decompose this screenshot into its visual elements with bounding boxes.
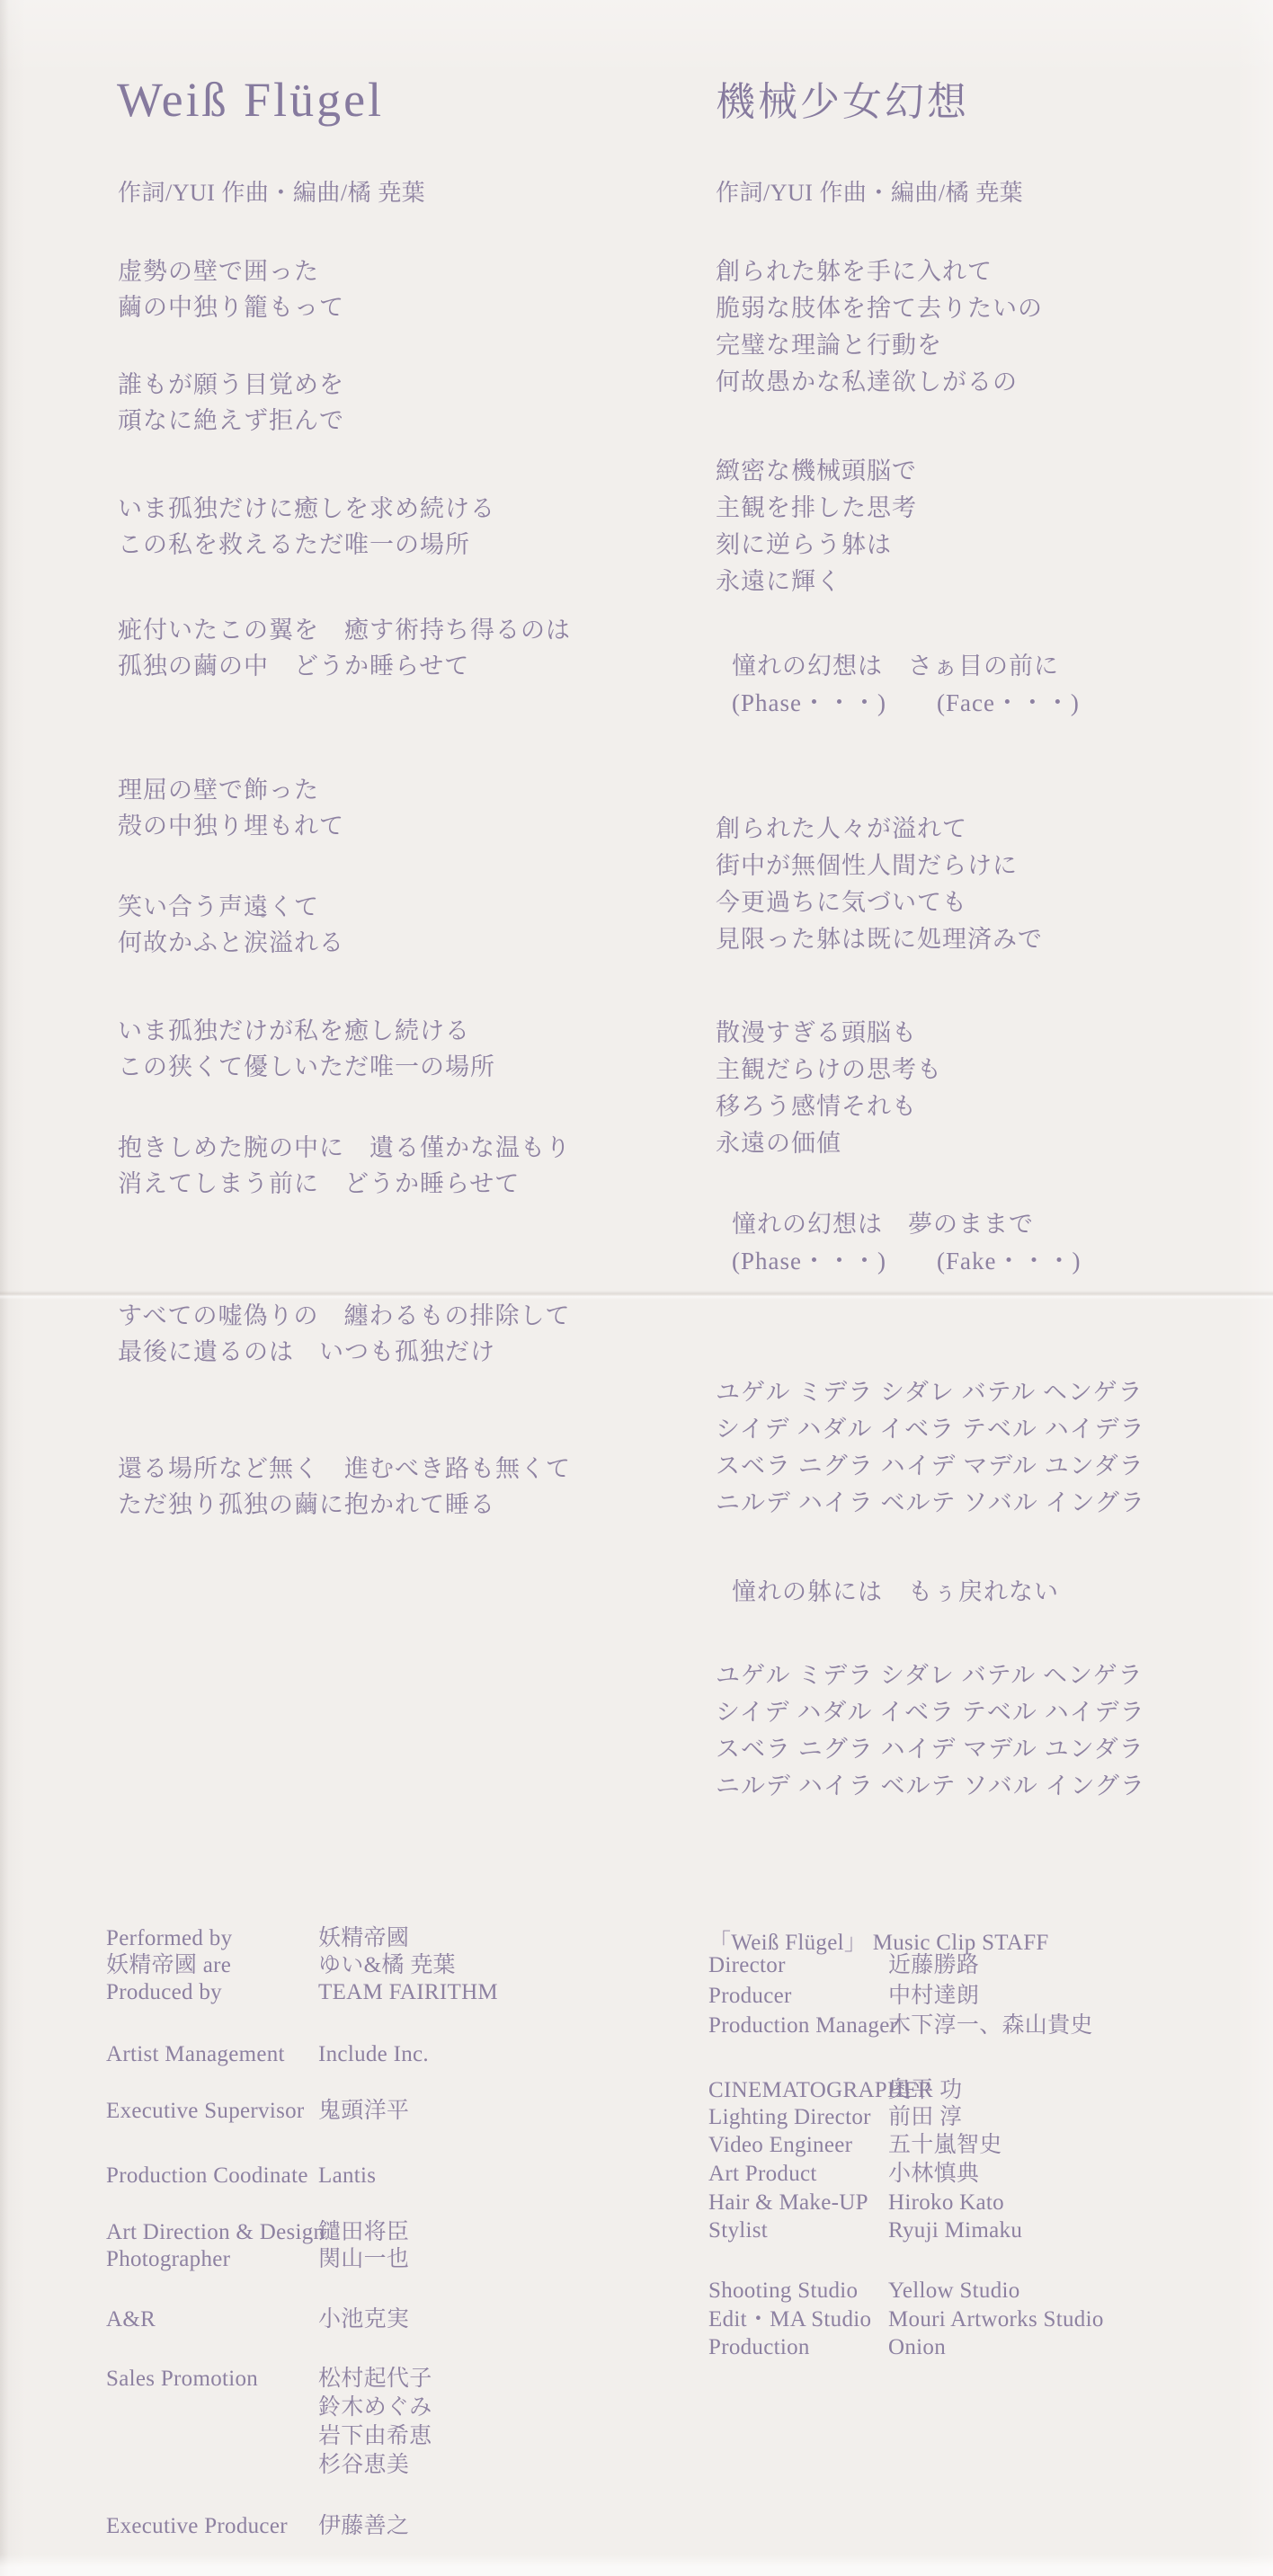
lyrics-stanza: すべての嘘偽りの 纏わるもの排除して最後に遺るのは いつも孤独だけ: [118, 1298, 570, 1370]
lyric-line: 緻密な機械頭脳で: [716, 453, 917, 490]
credit-role-label: Photographer: [106, 2245, 230, 2274]
credit-name-value: 五十嵐智史: [888, 2131, 1002, 2160]
lyric-line: (Phase・・・) (Fake・・・): [732, 1243, 1081, 1280]
credit-name-value: 鬼頭洋平: [318, 2097, 409, 2126]
lyrics-stanza: 虚勢の壁で囲った繭の中独り籠もって: [118, 253, 344, 325]
credit-name-value: Lantis: [318, 2162, 376, 2190]
lyric-line: 理屈の壁で飾った: [118, 772, 344, 808]
lyrics-stanza: ユゲル ミデラ シダレ バテル ヘンゲラシイデ ハダル イベラ テベル ハイデラ…: [716, 1657, 1145, 1805]
credit-name-value: Hiroko Kato: [888, 2189, 1004, 2217]
lyric-line: シイデ ハダル イベラ テベル ハイデラ: [716, 1694, 1145, 1731]
songwriter-credit-right: 作詞/YUI 作曲・編曲/橘 尭葉: [716, 174, 1023, 208]
credit-role-label: Executive Supervisor: [106, 2097, 305, 2126]
lyric-line: 主観だらけの思考も: [716, 1052, 942, 1088]
lyric-line: 移ろう感情それも: [716, 1088, 942, 1125]
lyric-line: 今更過ちに気づいても: [716, 884, 1043, 921]
credit-role-label: Director: [708, 1951, 786, 1980]
scan-edge-shadow: [0, 0, 9, 2576]
lyrics-stanza: ユゲル ミデラ シダレ バテル ヘンゲラシイデ ハダル イベラ テベル ハイデラ…: [716, 1374, 1145, 1522]
lyric-line: 抱きしめた腕の中に 遺る僅かな温もり: [118, 1130, 571, 1166]
lyric-line: 笑い合う声遠くて: [118, 889, 344, 925]
lyric-line: 何故かふと涙溢れる: [118, 925, 344, 961]
credit-name-value: 鑓田将臣: [318, 2218, 409, 2247]
lyric-line: シイデ ハダル イベラ テベル ハイデラ: [716, 1411, 1145, 1448]
lyrics-stanza: 散漫すぎる頭脳も主観だらけの思考も移ろう感情それも永遠の価値: [716, 1015, 942, 1162]
credit-name-value: 近藤勝路: [888, 1951, 979, 1980]
lyrics-stanza: 憧れの幻想は さぁ目の前に(Phase・・・) (Face・・・): [732, 648, 1080, 722]
lyrics-booklet-page: Weiß Flügel 機械少女幻想 作詞/YUI 作曲・編曲/橘 尭葉 作詞/…: [0, 0, 1273, 2576]
scan-bottom-edge: [0, 2554, 1273, 2576]
lyric-line: 創られた人々が溢れて: [716, 811, 1043, 848]
lyric-line: いま孤独だけに癒しを求め続ける: [118, 491, 495, 527]
lyric-line: 創られた躰を手に入れて: [716, 253, 1043, 290]
credit-name-value: TEAM FAIRITHM: [318, 1978, 498, 2007]
lyric-line: 何故愚かな私達欲しがるの: [716, 364, 1043, 401]
lyrics-stanza: 笑い合う声遠くて何故かふと涙溢れる: [118, 889, 344, 961]
credit-name-value: 木下淳一、森山貴史: [888, 2012, 1093, 2040]
lyrics-stanza: 誰もが願う目覚めを頑なに絶えず拒んで: [118, 367, 344, 439]
lyric-line: いま孤独だけが私を癒し続ける: [118, 1013, 495, 1049]
credit-name-value: 前田 淳: [888, 2103, 962, 2132]
credit-role-label: Edit・MA Studio: [708, 2305, 871, 2334]
lyrics-stanza: 還る場所など無く 進むべき路も無くてただ独り孤独の繭に抱かれて睡る: [118, 1451, 571, 1523]
credit-name-value: 中村達朗: [888, 1982, 979, 2011]
lyric-line: スベラ ニグラ ハイデ マデル ユンダラ: [716, 1731, 1145, 1768]
credit-name-value: Ryuji Mimaku: [888, 2216, 1022, 2245]
credit-name-value: Include Inc.: [318, 2040, 429, 2069]
credit-role-label: Lighting Director: [708, 2103, 871, 2132]
credit-role-label: Executive Producer: [106, 2512, 288, 2541]
lyrics-stanza: 疵付いたこの翼を 癒す術持ち得るのは孤独の繭の中 どうか睡らせて: [118, 612, 571, 684]
credit-role-label: Video Engineer: [708, 2131, 852, 2160]
credit-role-label: A&R: [106, 2305, 156, 2334]
credit-name-value: 小池克実: [318, 2305, 409, 2334]
credit-name-value: 小林慎典: [888, 2160, 979, 2189]
lyrics-stanza: 抱きしめた腕の中に 遺る僅かな温もり消えてしまう前に どうか睡らせて: [118, 1130, 571, 1202]
credit-name-value: 関山一也: [318, 2245, 409, 2274]
lyrics-stanza: 創られた躰を手に入れて脆弱な肢体を捨て去りたいの完璧な理論と行動を何故愚かな私達…: [716, 253, 1043, 401]
lyrics-stanza: 憧れの躰には もぅ戻れない: [732, 1574, 1059, 1611]
lyric-line: ニルデ ハイラ ベルテ ソバル イングラ: [716, 1485, 1145, 1522]
lyric-line: 誰もが願う目覚めを: [118, 367, 344, 403]
lyric-line: ただ独り孤独の繭に抱かれて睡る: [118, 1487, 571, 1523]
credit-name-value: Mouri Artworks Studio: [888, 2305, 1104, 2334]
credit-role-label: Sales Promotion: [106, 2365, 258, 2394]
lyric-line: 憧れの幻想は 夢のままで: [732, 1206, 1081, 1243]
lyric-line: 見限った躰は既に処理済みで: [716, 921, 1043, 958]
credit-role-label: Stylist: [708, 2216, 768, 2245]
lyric-line: 消えてしまう前に どうか睡らせて: [118, 1166, 571, 1202]
song-title-weiss-flugel: Weiß Flügel: [117, 74, 384, 127]
lyric-line: スベラ ニグラ ハイデ マデル ユンダラ: [716, 1448, 1145, 1485]
credit-name-value: Onion: [888, 2333, 946, 2362]
credit-role-label: Performed by: [106, 1924, 232, 1953]
lyric-line: 刻に逆らう躰は: [716, 527, 917, 564]
credit-name-value: 伊藤善之: [318, 2512, 409, 2541]
lyric-line: 憧れの躰には もぅ戻れない: [732, 1574, 1059, 1611]
credit-role-label: Producer: [708, 1982, 792, 2011]
credit-role-label: Production: [708, 2333, 810, 2362]
lyrics-stanza: いま孤独だけに癒しを求め続けるこの私を救えるただ唯一の場所: [118, 491, 495, 563]
lyric-line: (Phase・・・) (Face・・・): [732, 685, 1080, 722]
lyric-line: ユゲル ミデラ シダレ バテル ヘンゲラ: [716, 1657, 1145, 1694]
lyric-line: 完璧な理論と行動を: [716, 327, 1043, 364]
credit-role-label: Produced by: [106, 1978, 222, 2007]
credit-name-value: ゆい&橘 尭葉: [318, 1951, 456, 1980]
credit-role-label: Production Manager: [708, 2012, 897, 2040]
songwriter-credit-left: 作詞/YUI 作曲・編曲/橘 尭葉: [118, 174, 425, 208]
credit-role-label: Production Coodinate: [106, 2162, 308, 2190]
lyric-line: すべての嘘偽りの 纏わるもの排除して: [118, 1298, 570, 1334]
lyric-line: 脆弱な肢体を捨て去りたいの: [716, 290, 1043, 327]
lyric-line: 孤独の繭の中 どうか睡らせて: [118, 648, 571, 684]
lyric-line: 散漫すぎる頭脳も: [716, 1015, 942, 1052]
song-title-kikai-shoujo-gensou: 機械少女幻想: [716, 81, 969, 124]
lyric-line: ニルデ ハイラ ベルテ ソバル イングラ: [716, 1768, 1145, 1805]
lyric-line: 繭の中独り籠もって: [118, 289, 344, 325]
credit-role-label: Art Product: [708, 2160, 817, 2189]
credit-name-value: 奥平 功: [888, 2076, 962, 2105]
lyric-line: 街中が無個性人間だらけに: [716, 848, 1043, 884]
lyrics-stanza: 創られた人々が溢れて街中が無個性人間だらけに今更過ちに気づいても見限った躰は既に…: [716, 811, 1043, 958]
credit-role-label: 妖精帝國 are: [106, 1951, 231, 1980]
lyric-line: 最後に遺るのは いつも孤独だけ: [118, 1334, 570, 1370]
credit-role-label: Art Direction & Design: [106, 2218, 325, 2247]
lyric-line: 頑なに絶えず拒んで: [118, 403, 344, 439]
lyric-line: ユゲル ミデラ シダレ バテル ヘンゲラ: [716, 1374, 1145, 1411]
credit-name-value: Yellow Studio: [888, 2277, 1020, 2305]
credit-name-value: 松村起代子 鈴木めぐみ 岩下由希恵 杉谷恵美: [318, 2365, 432, 2480]
lyric-line: 疵付いたこの翼を 癒す術持ち得るのは: [118, 612, 571, 648]
lyrics-stanza: いま孤独だけが私を癒し続けるこの狭くて優しいただ唯一の場所: [118, 1013, 495, 1085]
lyric-line: 還る場所など無く 進むべき路も無くて: [118, 1451, 571, 1487]
lyric-line: 主観を排した思考: [716, 490, 917, 527]
credit-name-value: 妖精帝國: [318, 1924, 409, 1953]
credit-role-label: Shooting Studio: [708, 2277, 858, 2305]
lyric-line: 殻の中独り埋もれて: [118, 808, 344, 844]
credit-role-label: Artist Management: [106, 2040, 285, 2069]
lyric-line: この狭くて優しいただ唯一の場所: [118, 1049, 495, 1085]
credit-role-label: Hair & Make-UP: [708, 2189, 868, 2217]
lyric-line: 憧れの幻想は さぁ目の前に: [732, 648, 1080, 685]
lyric-line: 永遠の価値: [716, 1125, 942, 1162]
lyrics-stanza: 理屈の壁で飾った殻の中独り埋もれて: [118, 772, 344, 844]
lyric-line: この私を救えるただ唯一の場所: [118, 527, 495, 563]
lyrics-stanza: 緻密な機械頭脳で主観を排した思考刻に逆らう躰は永遠に輝く: [716, 453, 917, 600]
lyric-line: 永遠に輝く: [716, 564, 917, 600]
lyrics-stanza: 憧れの幻想は 夢のままで(Phase・・・) (Fake・・・): [732, 1206, 1081, 1280]
lyric-line: 虚勢の壁で囲った: [118, 253, 344, 289]
